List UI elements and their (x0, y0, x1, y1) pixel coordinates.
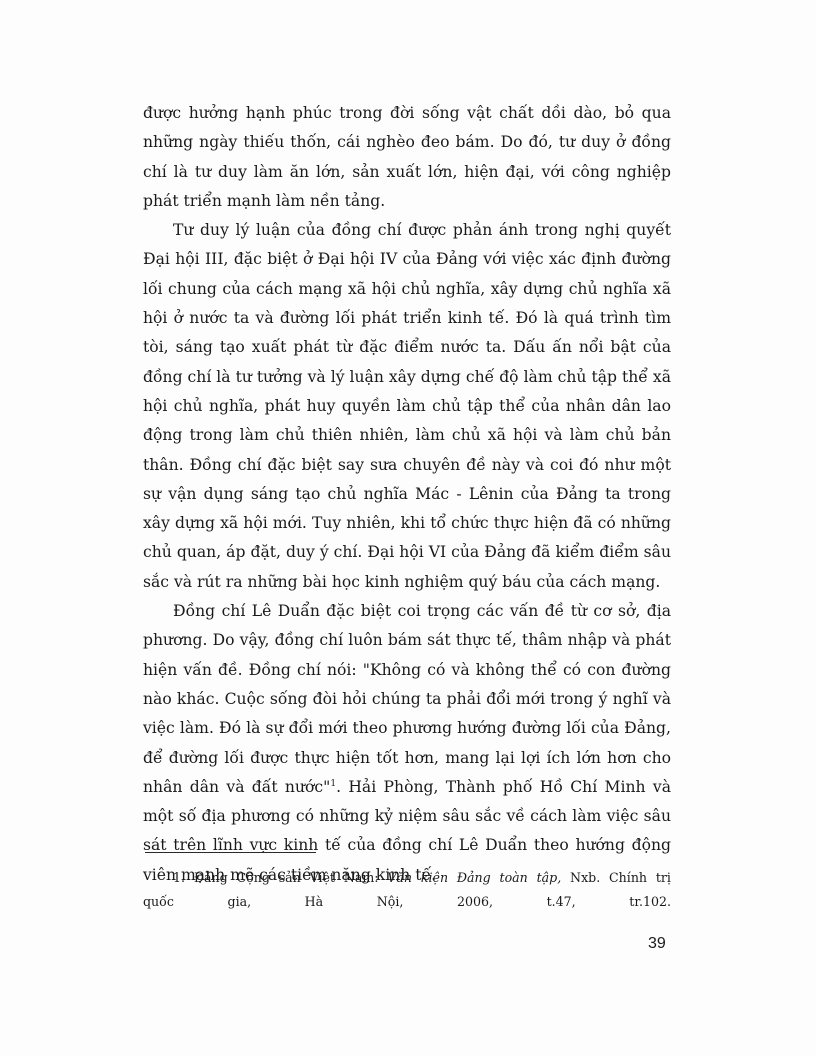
footnote-line-2: quốc gia, Hà Nội, 2006, t.47, tr.102. (143, 890, 671, 914)
text-line: Đồng chí Lê Duẩn đặc biệt coi trọng các … (143, 597, 671, 626)
footnote-number: 1. (173, 870, 185, 885)
text-line: sắc và rút ra những bài học kinh nghiệm … (143, 568, 671, 597)
paragraph-2: Tư duy lý luận của đồng chí được phản án… (143, 216, 671, 597)
footnote-line-1: 1. Đảng Cộng sản Việt Nam: Văn kiện Đảng… (143, 866, 671, 890)
paragraph-1: được hưởng hạnh phúc trong đời sống vật … (143, 99, 671, 216)
text-line: thân. Đồng chí đặc biệt say sưa chuyên đ… (143, 451, 671, 480)
paragraph-3: Đồng chí Lê Duẩn đặc biệt coi trọng các … (143, 597, 671, 890)
text-line: nào khác. Cuộc sống đòi hỏi chúng ta phả… (143, 685, 671, 714)
text-line: hiện vấn đề. Đồng chí nói: "Không có và … (143, 656, 671, 685)
footnote: 1. Đảng Cộng sản Việt Nam: Văn kiện Đảng… (143, 866, 671, 914)
page-number: 39 (648, 935, 666, 953)
text-line: sự vận dụng sáng tạo chủ nghĩa Mác - Lên… (143, 480, 671, 509)
text-line: một số địa phương có những kỷ niệm sâu s… (143, 802, 671, 831)
text-line: chủ quan, áp đặt, duy ý chí. Đại hội VI … (143, 538, 671, 567)
text-line: hội ở nước ta và đường lối phát triển ki… (143, 304, 671, 333)
footnote-author: Đảng Cộng sản Việt Nam: (194, 870, 379, 885)
text-line-with-footnote: nhân dân và đất nước"1. Hải Phòng, Thành… (143, 773, 671, 802)
text-line: Tư duy lý luận của đồng chí được phản án… (143, 216, 671, 245)
text-line: chí là tư duy làm ăn lớn, sản xuất lớn, … (143, 158, 671, 187)
text-line: sát trên lĩnh vực kinh tế của đồng chí L… (143, 831, 671, 860)
text-line: tòi, sáng tạo xuất phát từ đặc điểm nước… (143, 333, 671, 362)
footnote-title: Văn kiện Đảng toàn tập, (387, 870, 561, 885)
text-line: việc làm. Đó là sự đổi mới theo phương h… (143, 714, 671, 743)
text-line: đồng chí là tư tưởng và lý luận xây dựng… (143, 363, 671, 392)
text-line: xây dựng xã hội mới. Tuy nhiên, khi tổ c… (143, 509, 671, 538)
footnote-divider (145, 852, 316, 853)
document-page: được hưởng hạnh phúc trong đời sống vật … (0, 0, 816, 1056)
text-after-marker: . Hải Phòng, Thành phố Hồ Chí Minh và (336, 778, 671, 796)
text-line: phương. Do vậy, đồng chí luôn bám sát th… (143, 626, 671, 655)
text-line: phát triển mạnh làm nền tảng. (143, 187, 671, 216)
text-line: được hưởng hạnh phúc trong đời sống vật … (143, 99, 671, 128)
text-line: động trong làm chủ thiên nhiên, làm chủ … (143, 421, 671, 450)
body-text: được hưởng hạnh phúc trong đời sống vật … (143, 99, 671, 890)
text-line: để đường lối được thực hiện tốt hơn, man… (143, 744, 671, 773)
text-line: những ngày thiếu thốn, cái nghèo đeo bám… (143, 128, 671, 157)
text-line: lối chung của cách mạng xã hội chủ nghĩa… (143, 275, 671, 304)
footnote-publisher: Nxb. Chính trị (570, 870, 671, 885)
text-line: hội chủ nghĩa, phát huy quyền làm chủ tậ… (143, 392, 671, 421)
text-line: Đại hội III, đặc biệt ở Đại hội IV của Đ… (143, 245, 671, 274)
quote-end: nhân dân và đất nước" (143, 778, 330, 796)
